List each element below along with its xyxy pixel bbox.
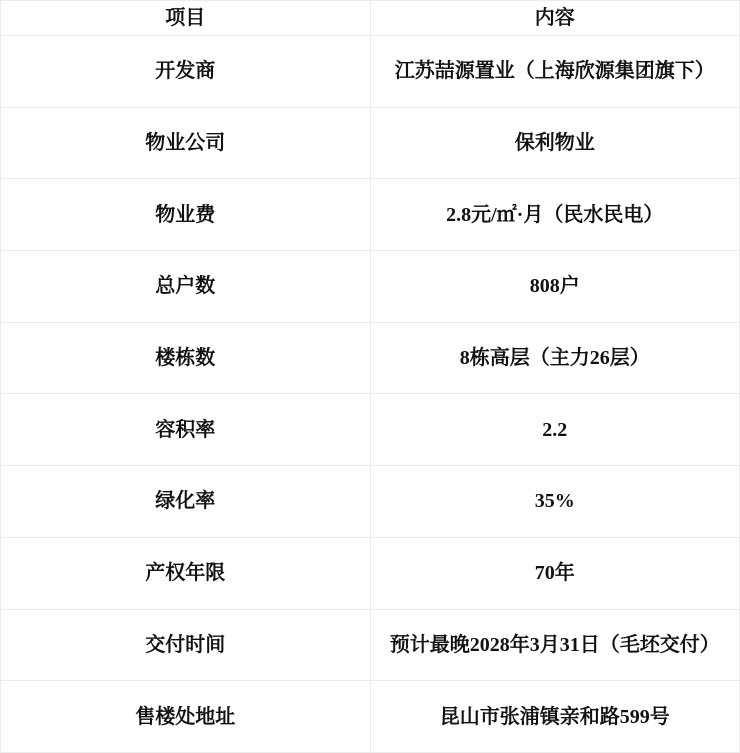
row-value: 808户 (370, 251, 740, 323)
table-row: 楼栋数 8栋高层（主力26层） (1, 322, 740, 394)
table-row: 总户数 808户 (1, 251, 740, 323)
row-value: 8栋高层（主力26层） (370, 322, 740, 394)
row-label: 交付时间 (1, 609, 371, 681)
row-value: 昆山市张浦镇亲和路599号 (370, 681, 740, 753)
row-value: 保利物业 (370, 107, 740, 179)
row-label: 楼栋数 (1, 322, 371, 394)
table-row: 物业费 2.8元/㎡·月（民水民电） (1, 179, 740, 251)
row-value: 预计最晚2028年3月31日（毛坯交付） (370, 609, 740, 681)
row-label: 产权年限 (1, 537, 371, 609)
row-label: 开发商 (1, 36, 371, 108)
table-row: 容积率 2.2 (1, 394, 740, 466)
property-info-table: 项目 内容 开发商 江苏喆源置业（上海欣源集团旗下） 物业公司 保利物业 物业费… (0, 0, 740, 753)
row-value: 2.2 (370, 394, 740, 466)
row-value: 70年 (370, 537, 740, 609)
column-header-item: 项目 (1, 1, 371, 36)
row-label: 物业费 (1, 179, 371, 251)
header-row: 项目 内容 (1, 1, 740, 36)
row-label: 绿化率 (1, 466, 371, 538)
table-row: 开发商 江苏喆源置业（上海欣源集团旗下） (1, 36, 740, 108)
table-row: 售楼处地址 昆山市张浦镇亲和路599号 (1, 681, 740, 753)
column-header-content: 内容 (370, 1, 740, 36)
row-value: 35% (370, 466, 740, 538)
row-value: 2.8元/㎡·月（民水民电） (370, 179, 740, 251)
row-label: 售楼处地址 (1, 681, 371, 753)
table-row: 交付时间 预计最晚2028年3月31日（毛坯交付） (1, 609, 740, 681)
row-label: 物业公司 (1, 107, 371, 179)
row-label: 总户数 (1, 251, 371, 323)
table-row: 产权年限 70年 (1, 537, 740, 609)
row-value: 江苏喆源置业（上海欣源集团旗下） (370, 36, 740, 108)
table-row: 物业公司 保利物业 (1, 107, 740, 179)
table-row: 绿化率 35% (1, 466, 740, 538)
row-label: 容积率 (1, 394, 371, 466)
property-info-page: 项目 内容 开发商 江苏喆源置业（上海欣源集团旗下） 物业公司 保利物业 物业费… (0, 0, 740, 753)
